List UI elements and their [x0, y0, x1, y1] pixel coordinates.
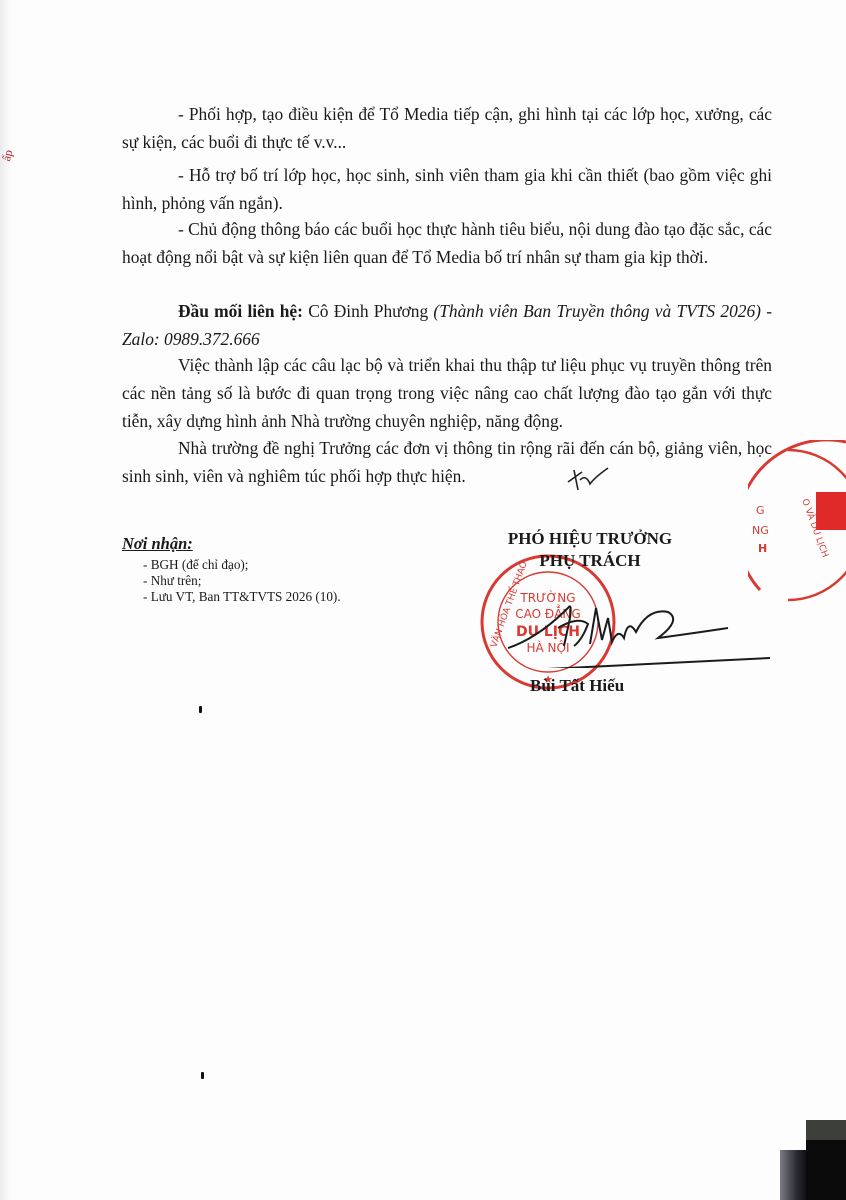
- svg-text:O VÀ DU LỊCH: O VÀ DU LỊCH: [799, 497, 831, 559]
- bullet-3: - Chủ động thông báo các buổi học thực h…: [122, 215, 772, 271]
- signer-title-line2: PHỤ TRÁCH: [470, 550, 710, 572]
- contact-label: Đầu mối liên hệ:: [178, 301, 303, 321]
- recipient-item: - BGH (để chỉ đạo);: [143, 557, 341, 573]
- handwritten-signature: [478, 588, 778, 668]
- signer-name: Bùi Tất Hiếu: [530, 676, 624, 696]
- paragraph-1: Việc thành lập các câu lạc bộ và triển k…: [122, 351, 772, 435]
- svg-text:H: H: [758, 542, 767, 555]
- recipient-item: - Lưu VT, Ban TT&TVTS 2026 (10).: [143, 589, 341, 605]
- contact-person: Cô Đinh Phương: [303, 301, 433, 321]
- svg-text:G: G: [756, 504, 765, 517]
- bullet-2: - Hỗ trợ bố trí lớp học, học sinh, sinh …: [122, 161, 772, 217]
- scan-speck: [199, 706, 202, 713]
- signature-block: PHÓ HIỆU TRƯỞNG PHỤ TRÁCH: [470, 528, 710, 572]
- scan-speck: [201, 1072, 204, 1079]
- recipients-block: Nơi nhận: - BGH (để chỉ đạo); - Như trên…: [122, 534, 341, 605]
- recipients-title: Nơi nhận:: [122, 534, 341, 554]
- scan-artifact: [780, 1150, 808, 1200]
- bullet-1: - Phối hợp, tạo điều kiện để Tổ Media ti…: [122, 100, 772, 156]
- paragraph-2: Nhà trường đề nghị Trưởng các đơn vị thô…: [122, 434, 772, 490]
- signer-title-line1: PHÓ HIỆU TRƯỞNG: [470, 528, 710, 550]
- recipient-item: - Như trên;: [143, 573, 341, 589]
- initials-mark: [564, 464, 614, 494]
- scan-artifact: [806, 1120, 846, 1200]
- svg-text:NG: NG: [752, 524, 769, 537]
- contact-line: Đầu mối liên hệ: Cô Đinh Phương (Thành v…: [122, 297, 772, 353]
- page-edge-shadow: [0, 0, 10, 1200]
